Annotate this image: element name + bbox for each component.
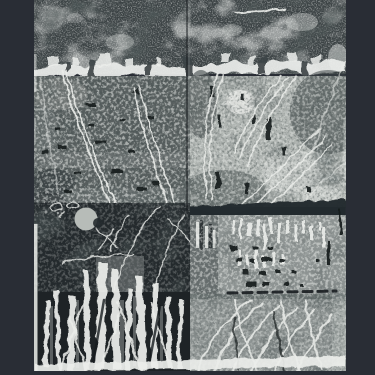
monotype-print <box>0 0 375 375</box>
moon-disc <box>75 208 98 231</box>
artwork-photo <box>0 0 375 375</box>
zone-field-right <box>182 64 366 214</box>
zone-field-left <box>22 70 190 212</box>
dashed-shore-line <box>228 291 336 293</box>
print-sheet <box>22 0 366 372</box>
zone-reflections <box>190 209 346 295</box>
moon-shadow-bite <box>93 218 103 228</box>
